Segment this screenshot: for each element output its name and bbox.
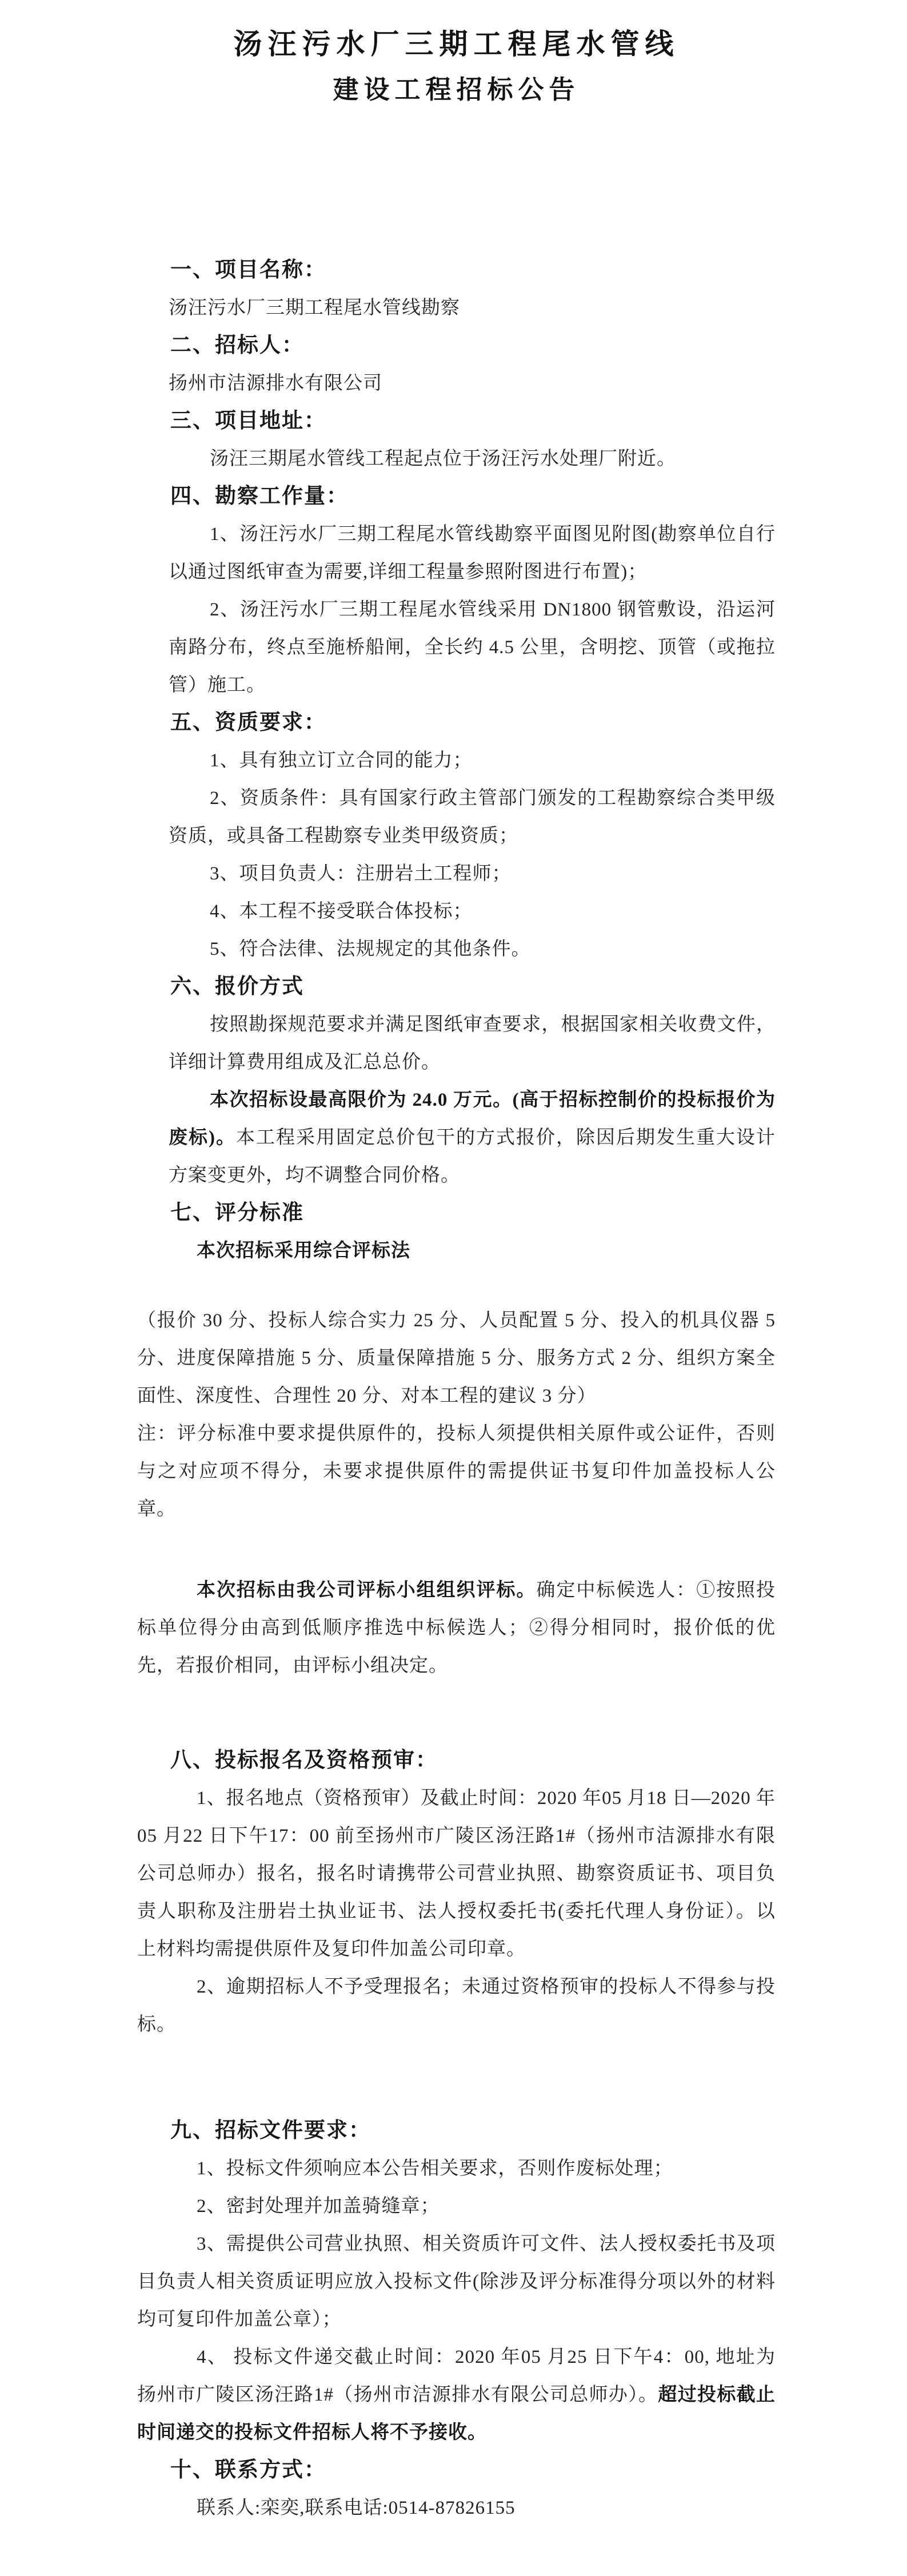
contact-line: 联系人:栾奕,联系电话:0514-87826155: [137, 2489, 776, 2527]
section-8-item-1: 1、报名地点（资格预审）及截止时间：2020 年05 月18 日—2020 年0…: [137, 1779, 776, 1968]
document-page: 汤汪污水厂三期工程尾水管线 建设工程招标公告 一、项目名称： 汤汪污水厂三期工程…: [0, 0, 907, 2576]
section-7-method-line: 本次招标采用综合评标法: [137, 1232, 776, 1270]
document-body: 一、项目名称： 汤汪污水厂三期工程尾水管线勘察 二、招标人： 扬州市洁源排水有限…: [137, 251, 776, 2527]
section-7-evaluation-para: 本次招标由我公司评标小组组织评标。确定中标候选人：①按照投标单位得分由高到低顺序…: [137, 1571, 776, 1685]
section-3-body: 汤汪三期尾水管线工程起点位于汤汪污水处理厂附近。: [169, 440, 776, 478]
section-bid-document-requirements: 九、招标文件要求： 1、投标文件须响应本公告相关要求，否则作废标处理； 2、密封…: [137, 2112, 776, 2451]
section-project-address: 三、项目地址： 汤汪三期尾水管线工程起点位于汤汪污水处理厂附近。: [137, 402, 776, 478]
section-8-item-2: 2、逾期招标人不予受理报名；未通过资格预审的投标人不得参与投标。: [137, 1968, 776, 2043]
section-quotation-method: 六、报价方式 按照勘探规范要求并满足图纸审查要求，根据国家相关收费文件，详细计算…: [137, 968, 776, 1194]
section-9-item-2: 2、密封处理并加盖骑缝章；: [137, 2187, 776, 2225]
section-9-heading: 九、招标文件要求：: [170, 2112, 776, 2150]
document-title-line1: 汤汪污水厂三期工程尾水管线: [137, 24, 776, 64]
section-5-item-5: 5、符合法律、法规规定的其他条件。: [169, 930, 776, 968]
section-qualification-requirements: 五、资质要求： 1、具有独立订立合同的能力； 2、资质条件：具有国家行政主管部门…: [137, 704, 776, 968]
section-project-name: 一、项目名称： 汤汪污水厂三期工程尾水管线勘察: [137, 251, 776, 327]
section-scoring-criteria: 七、评分标准 本次招标采用综合评标法 （报价 30 分、投标人综合实力 25 分…: [137, 1194, 776, 1685]
section-7-note: 注：评分标准中要求提供原件的，投标人须提供相关原件或公证件，否则与之对应项不得分…: [137, 1415, 776, 1528]
section-2-body: 扬州市洁源排水有限公司: [169, 365, 776, 402]
section-4-item-1: 1、汤汪污水厂三期工程尾水管线勘察平面图见附图(勘察单位自行以通过图纸审查为需要…: [169, 515, 776, 591]
document-title-line2: 建设工程招标公告: [137, 72, 776, 107]
section-6-para-2: 本次招标设最高限价为 24.0 万元。(高于招标控制价的投标报价为废标)。本工程…: [169, 1081, 776, 1194]
section-5-item-2: 2、资质条件：具有国家行政主管部门颁发的工程勘察综合类甲级资质，或具备工程勘察专…: [169, 779, 776, 855]
section-1-body: 汤汪污水厂三期工程尾水管线勘察: [169, 289, 776, 327]
section-7-score-breakdown: （报价 30 分、投标人综合实力 25 分、人员配置 5 分、投入的机具仪器 5…: [137, 1302, 776, 1415]
section-2-heading: 二、招标人：: [170, 327, 776, 365]
section-6-heading: 六、报价方式: [170, 968, 776, 1006]
section-9-item-4: 4、 投标文件递交截止时间：2020 年05 月25 日下午4：00, 地址为扬…: [137, 2338, 776, 2451]
section-4-heading: 四、勘察工作量：: [170, 478, 776, 515]
section-7-heading: 七、评分标准: [170, 1194, 776, 1232]
section-5-item-4: 4、本工程不接受联合体投标；: [169, 893, 776, 930]
section-registration-prequalification: 八、投标报名及资格预审： 1、报名地点（资格预审）及截止时间：2020 年05 …: [137, 1742, 776, 2043]
evaluation-committee-statement: 本次招标由我公司评标小组组织评标。: [197, 1580, 536, 1601]
section-3-heading: 三、项目地址：: [170, 402, 776, 440]
section-10-heading: 十、联系方式：: [170, 2451, 776, 2489]
section-8-heading: 八、投标报名及资格预审：: [170, 1742, 776, 1779]
section-5-item-3: 3、项目负责人：注册岩土工程师；: [169, 855, 776, 893]
price-cap-followup: 本工程采用固定总价包干的方式报价，除因后期发生重大设计方案变更外，均不调整合同价…: [169, 1127, 776, 1186]
section-4-item-2: 2、汤汪污水厂三期工程尾水管线采用 DN1800 钢管敷设，沿运河南路分布，终点…: [169, 591, 776, 704]
section-contact: 十、联系方式： 联系人:栾奕,联系电话:0514-87826155: [137, 2451, 776, 2527]
section-6-para-1: 按照勘探规范要求并满足图纸审查要求，根据国家相关收费文件，详细计算费用组成及汇总…: [169, 1006, 776, 1081]
section-5-item-1: 1、具有独立订立合同的能力；: [169, 742, 776, 779]
section-9-item-3: 3、需提供公司营业执照、相关资质许可文件、法人授权委托书及项目负责人相关资质证明…: [137, 2225, 776, 2338]
section-5-heading: 五、资质要求：: [170, 704, 776, 742]
section-survey-workload: 四、勘察工作量： 1、汤汪污水厂三期工程尾水管线勘察平面图见附图(勘察单位自行以…: [137, 478, 776, 704]
section-9-item-1: 1、投标文件须响应本公告相关要求，否则作废标处理；: [137, 2150, 776, 2187]
section-tenderee: 二、招标人： 扬州市洁源排水有限公司: [137, 327, 776, 402]
section-1-heading: 一、项目名称：: [170, 251, 776, 289]
